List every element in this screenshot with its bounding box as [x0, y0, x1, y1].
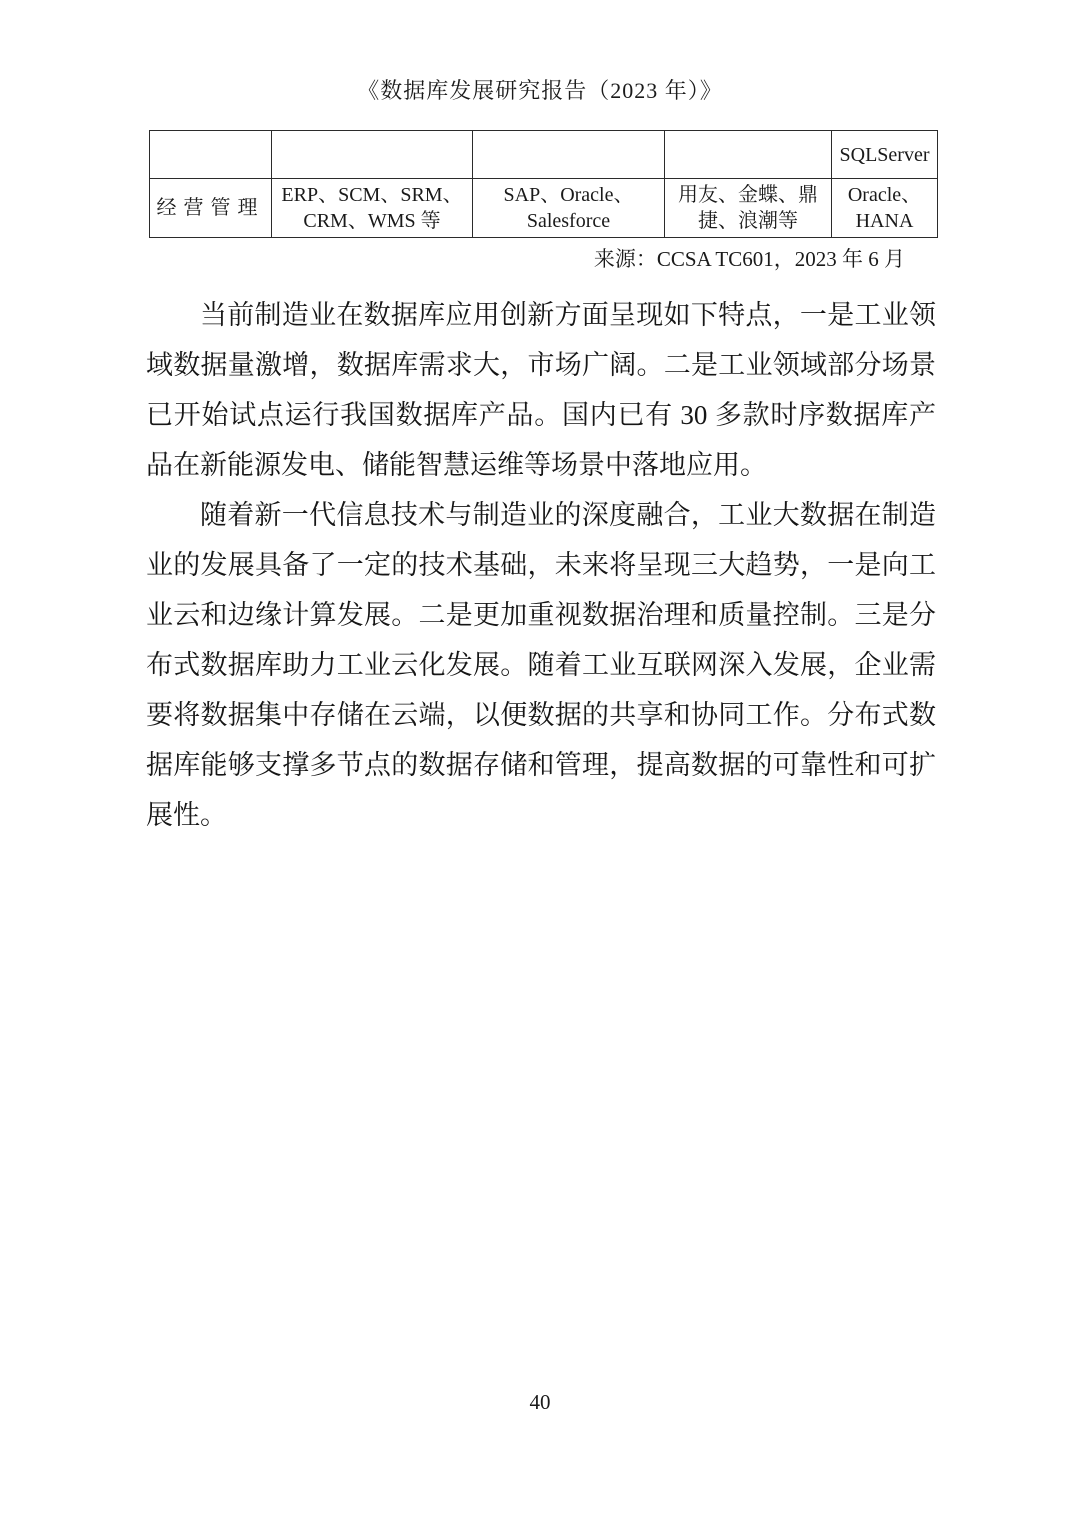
- table-cell-sqlserver: SQLServer: [832, 131, 938, 179]
- page-header-title: 《数据库发展研究报告（2023 年）》: [0, 74, 1080, 105]
- table-cell: [665, 131, 832, 179]
- table-cell-domestic-vendors: 用友、金蝶、鼎捷、浪潮等: [665, 179, 832, 238]
- paragraph-manufacturing-features: 当前制造业在数据库应用创新方面呈现如下特点，一是工业领域数据量激增，数据库需求大…: [146, 290, 936, 490]
- table-cell-foreign-vendors: SAP、Oracle、Salesforce: [473, 179, 665, 238]
- table-source-note: 来源：CCSA TC601，2023 年 6 月: [0, 243, 905, 273]
- body-text-block: 当前制造业在数据库应用创新方面呈现如下特点，一是工业领域数据量激增，数据库需求大…: [146, 290, 936, 840]
- table-cell-databases: Oracle、HANA: [832, 179, 938, 238]
- table-row-business-management: 经营管理 ERP、SCM、SRM、CRM、WMS 等 SAP、Oracle、Sa…: [150, 179, 938, 238]
- document-page: 《数据库发展研究报告（2023 年）》 SQLServer 经营管理 ERP、S…: [0, 0, 1080, 1527]
- table-cell-category: 经营管理: [150, 179, 272, 238]
- page-number: 40: [0, 1390, 1080, 1415]
- paragraph-industrial-big-data-trends: 随着新一代信息技术与制造业的深度融合，工业大数据在制造业的发展具备了一定的技术基…: [146, 490, 936, 840]
- table-cell: [150, 131, 272, 179]
- table-cell-systems: ERP、SCM、SRM、CRM、WMS 等: [272, 179, 473, 238]
- manufacturing-database-table: SQLServer 经营管理 ERP、SCM、SRM、CRM、WMS 等 SAP…: [149, 130, 938, 238]
- table-row-partial: SQLServer: [150, 131, 938, 179]
- table-cell: [473, 131, 665, 179]
- table-cell: [272, 131, 473, 179]
